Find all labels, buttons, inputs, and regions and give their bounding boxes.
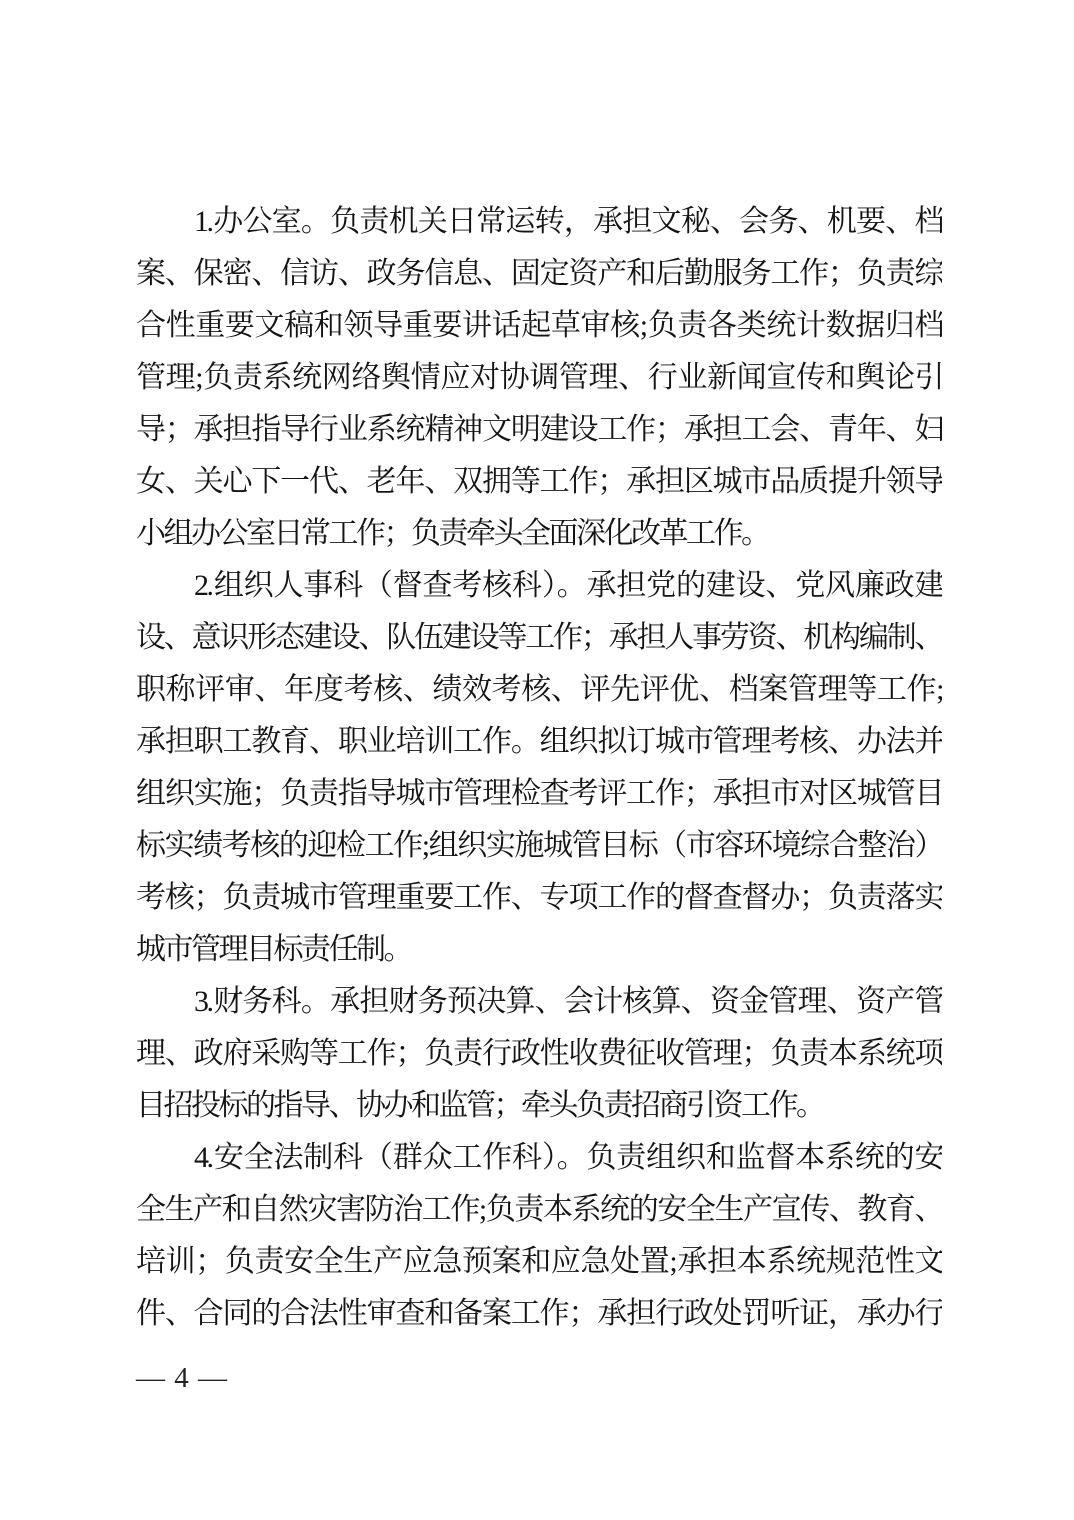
page-number: — 4 — bbox=[136, 1362, 228, 1395]
text-line: 设、意识形态建设、队伍建设等工作；承担人事劳资、机构编制、 bbox=[136, 612, 942, 664]
text-line: 合性重要文稿和领导重要讲话起草审核;负责各类统计数据归档 bbox=[136, 300, 942, 352]
text-line: 2.组织人事科（督查考核科）。承担党的建设、党风廉政建 bbox=[136, 560, 942, 612]
text-line: 案、保密、信访、政务信息、固定资产和后勤服务工作；负责综 bbox=[136, 248, 942, 300]
text-line: 件、合同的合法性审查和备案工作；承担行政处罚听证，承办行 bbox=[136, 1288, 942, 1340]
text-line: 标实绩考核的迎检工作;组织实施城管目标（市容环境综合整治） bbox=[136, 820, 942, 872]
text-line: 小组办公室日常工作；负责牵头全面深化改革工作。 bbox=[136, 508, 942, 560]
paragraph-finance: 3.财务科。承担财务预决算、会计核算、资金管理、资产管 理、政府采购等工作；负责… bbox=[136, 976, 942, 1132]
text-line: 全生产和自然灾害防治工作;负责本系统的安全生产宣传、教育、 bbox=[136, 1184, 942, 1236]
text-line: 导；承担指导行业系统精神文明建设工作；承担工会、青年、妇 bbox=[136, 404, 942, 456]
text-line: 3.财务科。承担财务预决算、会计核算、资金管理、资产管 bbox=[136, 976, 942, 1028]
text-line: 职称评审、年度考核、绩效考核、评先评优、档案管理等工作; bbox=[136, 664, 942, 716]
body-text: 1.办公室。负责机关日常运转，承担文秘、会务、机要、档 案、保密、信访、政务信息… bbox=[136, 196, 942, 1340]
paragraph-safety-legal: 4.安全法制科（群众工作科）。负责组织和监督本系统的安 全生产和自然灾害防治工作… bbox=[136, 1132, 942, 1340]
text-line: 承担职工教育、职业培训工作。组织拟订城市管理考核、办法并 bbox=[136, 716, 942, 768]
document-page: 1.办公室。负责机关日常运转，承担文秘、会务、机要、档 案、保密、信访、政务信息… bbox=[0, 0, 1074, 1520]
text-line: 4.安全法制科（群众工作科）。负责组织和监督本系统的安 bbox=[136, 1132, 942, 1184]
text-line: 考核；负责城市管理重要工作、专项工作的督查督办；负责落实 bbox=[136, 872, 942, 924]
text-line: 组织实施；负责指导城市管理检查考评工作；承担市对区城管目 bbox=[136, 768, 942, 820]
paragraph-personnel: 2.组织人事科（督查考核科）。承担党的建设、党风廉政建 设、意识形态建设、队伍建… bbox=[136, 560, 942, 976]
text-line: 管理;负责系统网络舆情应对协调管理、行业新闻宣传和舆论引 bbox=[136, 352, 942, 404]
text-line: 1.办公室。负责机关日常运转，承担文秘、会务、机要、档 bbox=[136, 196, 942, 248]
text-line: 培训；负责安全生产应急预案和应急处置;承担本系统规范性文 bbox=[136, 1236, 942, 1288]
text-line: 女、关心下一代、老年、双拥等工作；承担区城市品质提升领导 bbox=[136, 456, 942, 508]
paragraph-office: 1.办公室。负责机关日常运转，承担文秘、会务、机要、档 案、保密、信访、政务信息… bbox=[136, 196, 942, 560]
text-line: 城市管理目标责任制。 bbox=[136, 924, 942, 976]
text-line: 理、政府采购等工作；负责行政性收费征收管理；负责本系统项 bbox=[136, 1028, 942, 1080]
text-line: 目招投标的指导、协办和监管；牵头负责招商引资工作。 bbox=[136, 1080, 942, 1132]
